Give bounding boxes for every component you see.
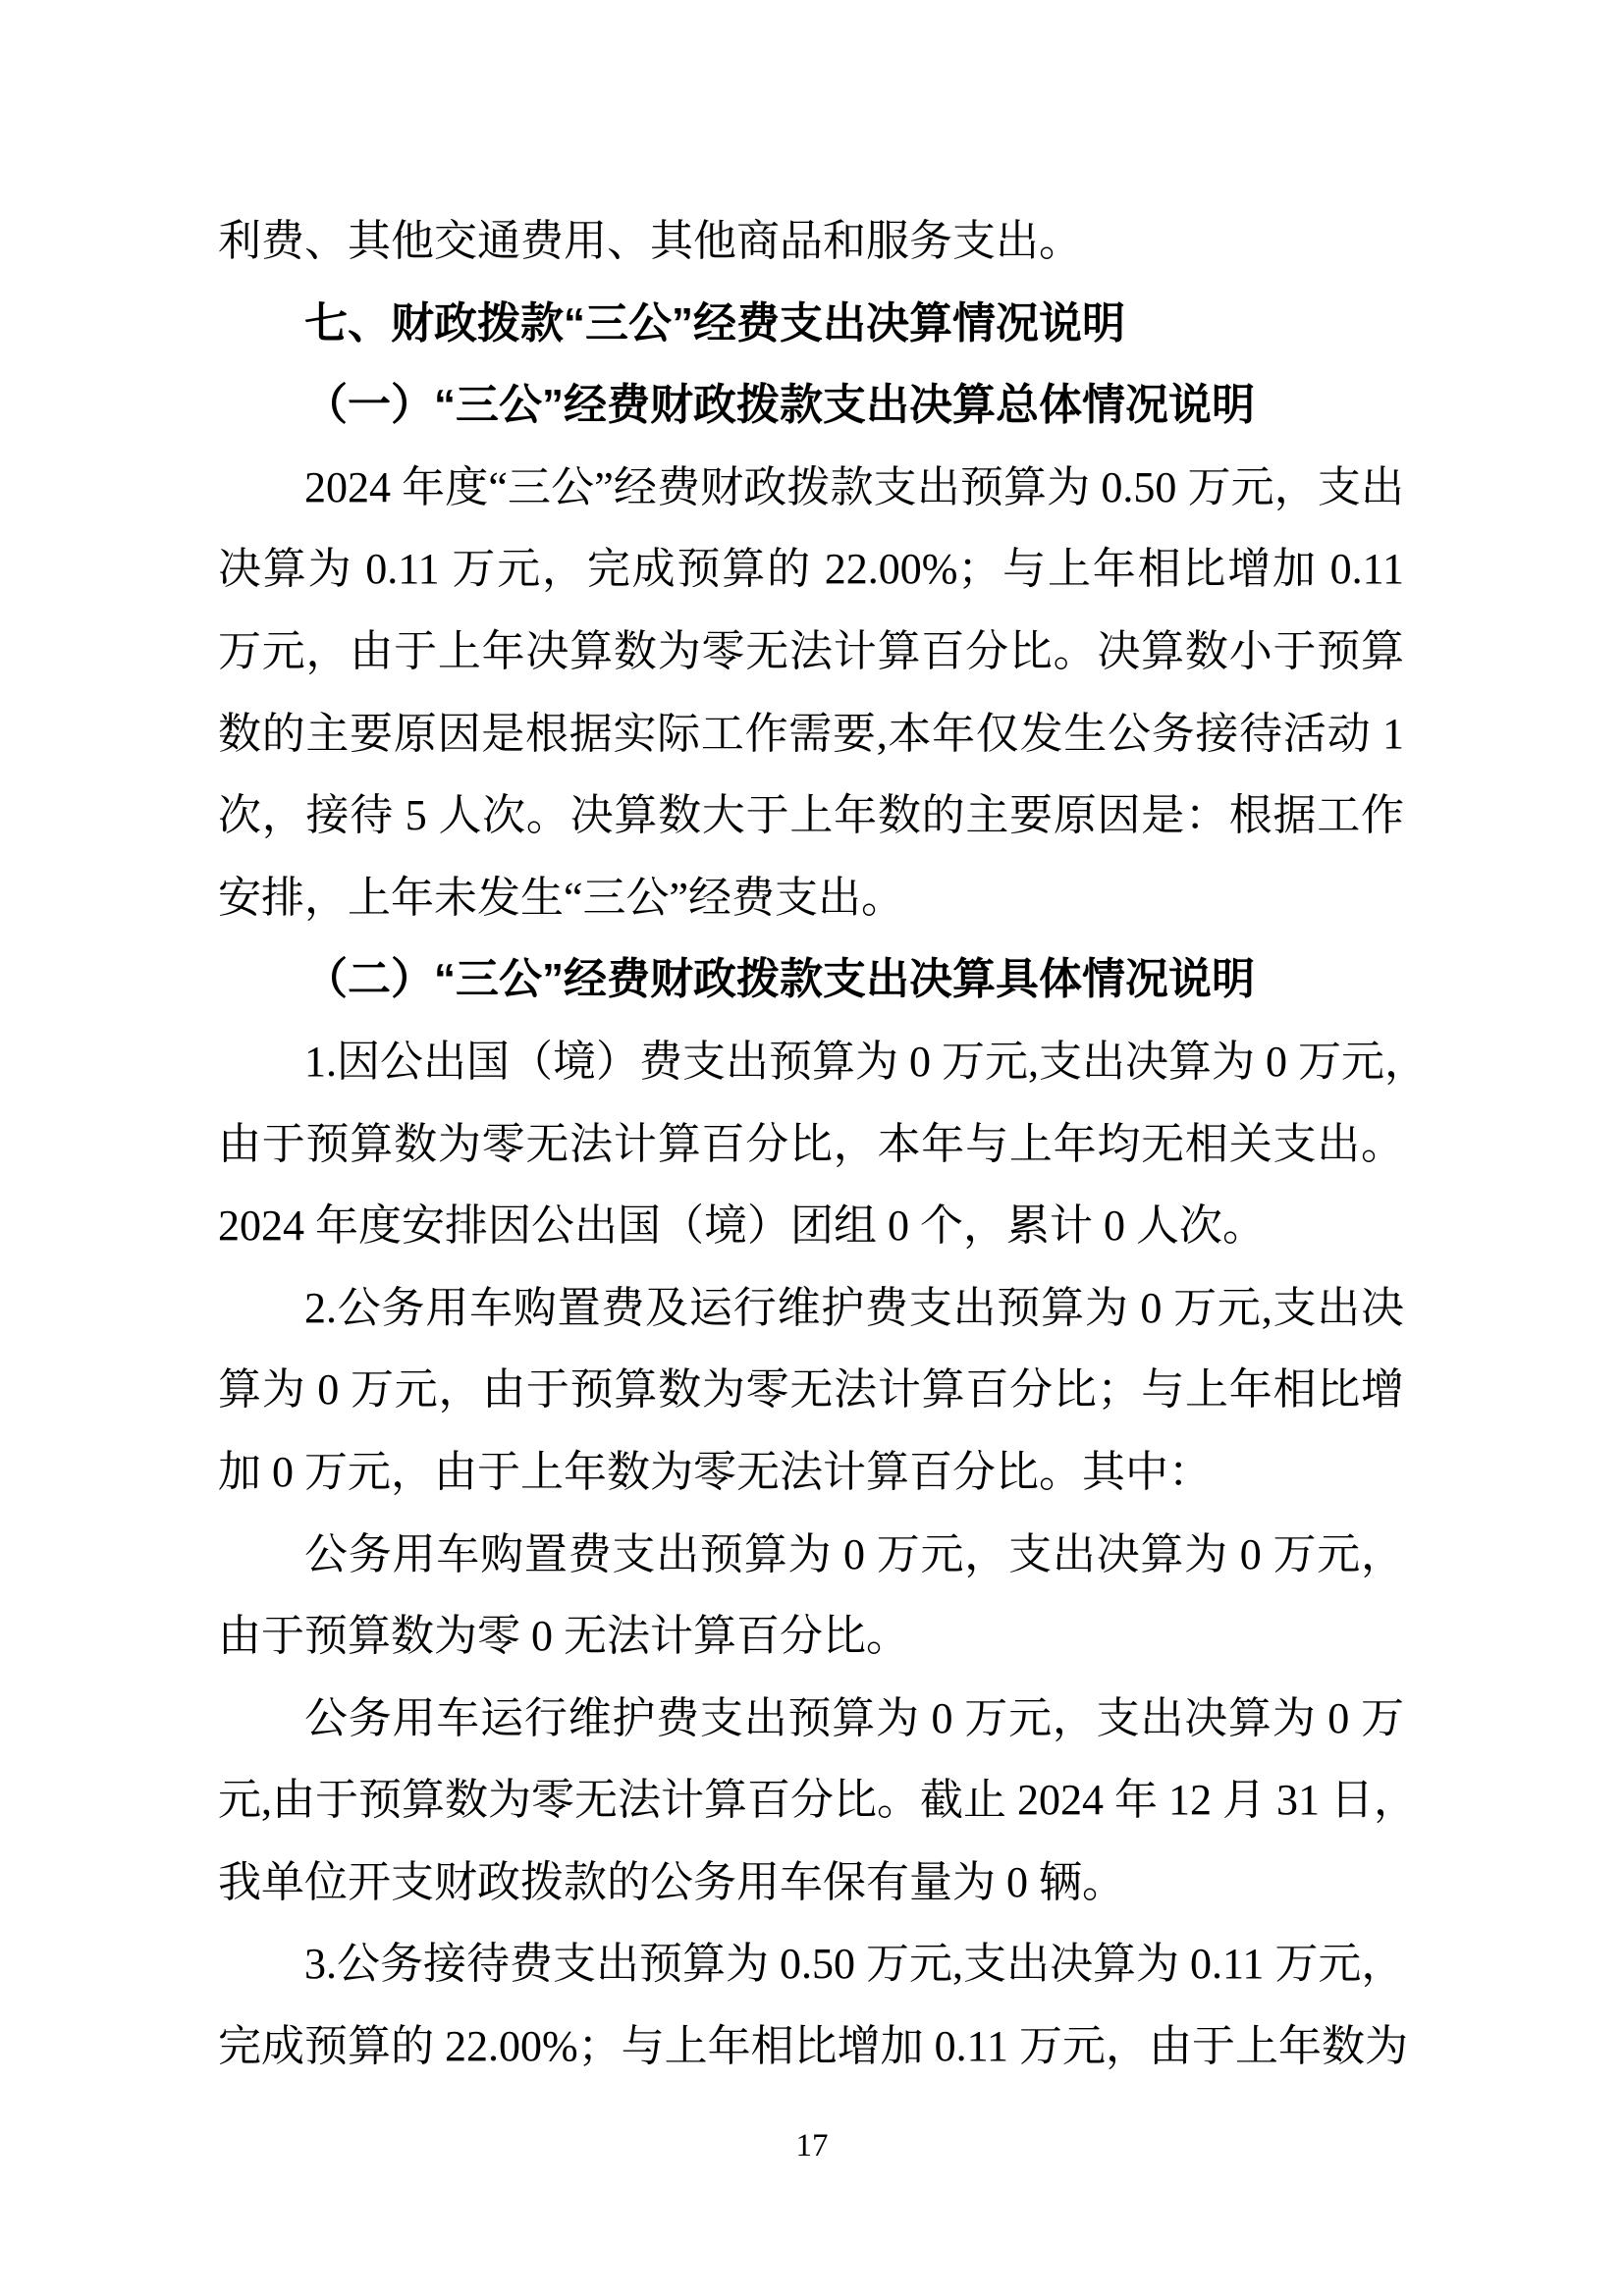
heading-line: （一）“三公”经费财政拨款支出决算总体情况说明 [218, 364, 1404, 447]
text-line: 决算为 0.11 万元，完成预算的 22.00%；与上年相比增加 0.11 [218, 528, 1404, 611]
text-line: 2024 年度“三公”经费财政拨款支出预算为 0.50 万元，支出 [218, 447, 1404, 529]
text-line: 万元，由于上年决算数为零无法计算百分比。决算数小于预算 [218, 611, 1404, 693]
text-line: 公务用车购置费支出预算为 0 万元，支出决算为 0 万元， [218, 1514, 1404, 1596]
heading-line: 七、财政拨款“三公”经费支出决算情况说明 [218, 283, 1404, 365]
body-paragraph: 2.公务用车购置费及运行维护费支出预算为 0 万元,支出决算为 0 万元，由于预… [218, 1267, 1404, 1514]
text-line: 3.公务接待费支出预算为 0.50 万元,支出决算为 0.11 万元， [218, 1923, 1404, 2005]
text-line: 加 0 万元，由于上年数为零无法计算百分比。其中： [218, 1431, 1404, 1514]
document-page: 利费、其他交通费用、其他商品和服务支出。七、财政拨款“三公”经费支出决算情况说明… [0, 0, 1624, 2296]
heading-paragraph: 七、财政拨款“三公”经费支出决算情况说明 [218, 283, 1404, 365]
text-line: 2024 年度安排因公出国（境）团组 0 个，累计 0 人次。 [218, 1185, 1404, 1267]
text-line: 元,由于预算数为零无法计算百分比。截止 2024 年 12 月 31 日， [218, 1759, 1404, 1842]
body-paragraph: 公务用车购置费支出预算为 0 万元，支出决算为 0 万元，由于预算数为零 0 无… [218, 1514, 1404, 1678]
body-paragraph: 利费、其他交通费用、其他商品和服务支出。 [218, 200, 1404, 283]
text-line: 完成预算的 22.00%；与上年相比增加 0.11 万元，由于上年数为 [218, 2005, 1404, 2088]
text-line: 利费、其他交通费用、其他商品和服务支出。 [218, 200, 1404, 283]
text-line: 由于预算数为零无法计算百分比，本年与上年均无相关支出。 [218, 1103, 1404, 1186]
text-line: 1.因公出国（境）费支出预算为 0 万元,支出决算为 0 万元， [218, 1021, 1404, 1103]
body-paragraph: 公务用车运行维护费支出预算为 0 万元，支出决算为 0 万元,由于预算数为零无法… [218, 1678, 1404, 1924]
body-paragraph: 2024 年度“三公”经费财政拨款支出预算为 0.50 万元，支出决算为 0.1… [218, 447, 1404, 939]
document-body: 利费、其他交通费用、其他商品和服务支出。七、财政拨款“三公”经费支出决算情况说明… [218, 200, 1404, 2088]
text-line: 公务用车运行维护费支出预算为 0 万元，支出决算为 0 万 [218, 1678, 1404, 1760]
text-line: 安排，上年未发生“三公”经费支出。 [218, 857, 1404, 939]
heading-paragraph: （二）“三公”经费财政拨款支出决算具体情况说明 [218, 938, 1404, 1021]
text-line: 次，接待 5 人次。决算数大于上年数的主要原因是：根据工作 [218, 774, 1404, 857]
page-number: 17 [0, 2126, 1624, 2165]
heading-paragraph: （一）“三公”经费财政拨款支出决算总体情况说明 [218, 364, 1404, 447]
text-line: 我单位开支财政拨款的公务用车保有量为 0 辆。 [218, 1842, 1404, 1924]
body-paragraph: 1.因公出国（境）费支出预算为 0 万元,支出决算为 0 万元，由于预算数为零无… [218, 1021, 1404, 1267]
body-paragraph: 3.公务接待费支出预算为 0.50 万元,支出决算为 0.11 万元，完成预算的… [218, 1923, 1404, 2087]
heading-line: （二）“三公”经费财政拨款支出决算具体情况说明 [218, 938, 1404, 1021]
text-line: 数的主要原因是根据实际工作需要,本年仅发生公务接待活动 1 [218, 693, 1404, 775]
text-line: 2.公务用车购置费及运行维护费支出预算为 0 万元,支出决 [218, 1267, 1404, 1350]
text-line: 由于预算数为零 0 无法计算百分比。 [218, 1595, 1404, 1678]
text-line: 算为 0 万元，由于预算数为零无法计算百分比；与上年相比增 [218, 1349, 1404, 1431]
